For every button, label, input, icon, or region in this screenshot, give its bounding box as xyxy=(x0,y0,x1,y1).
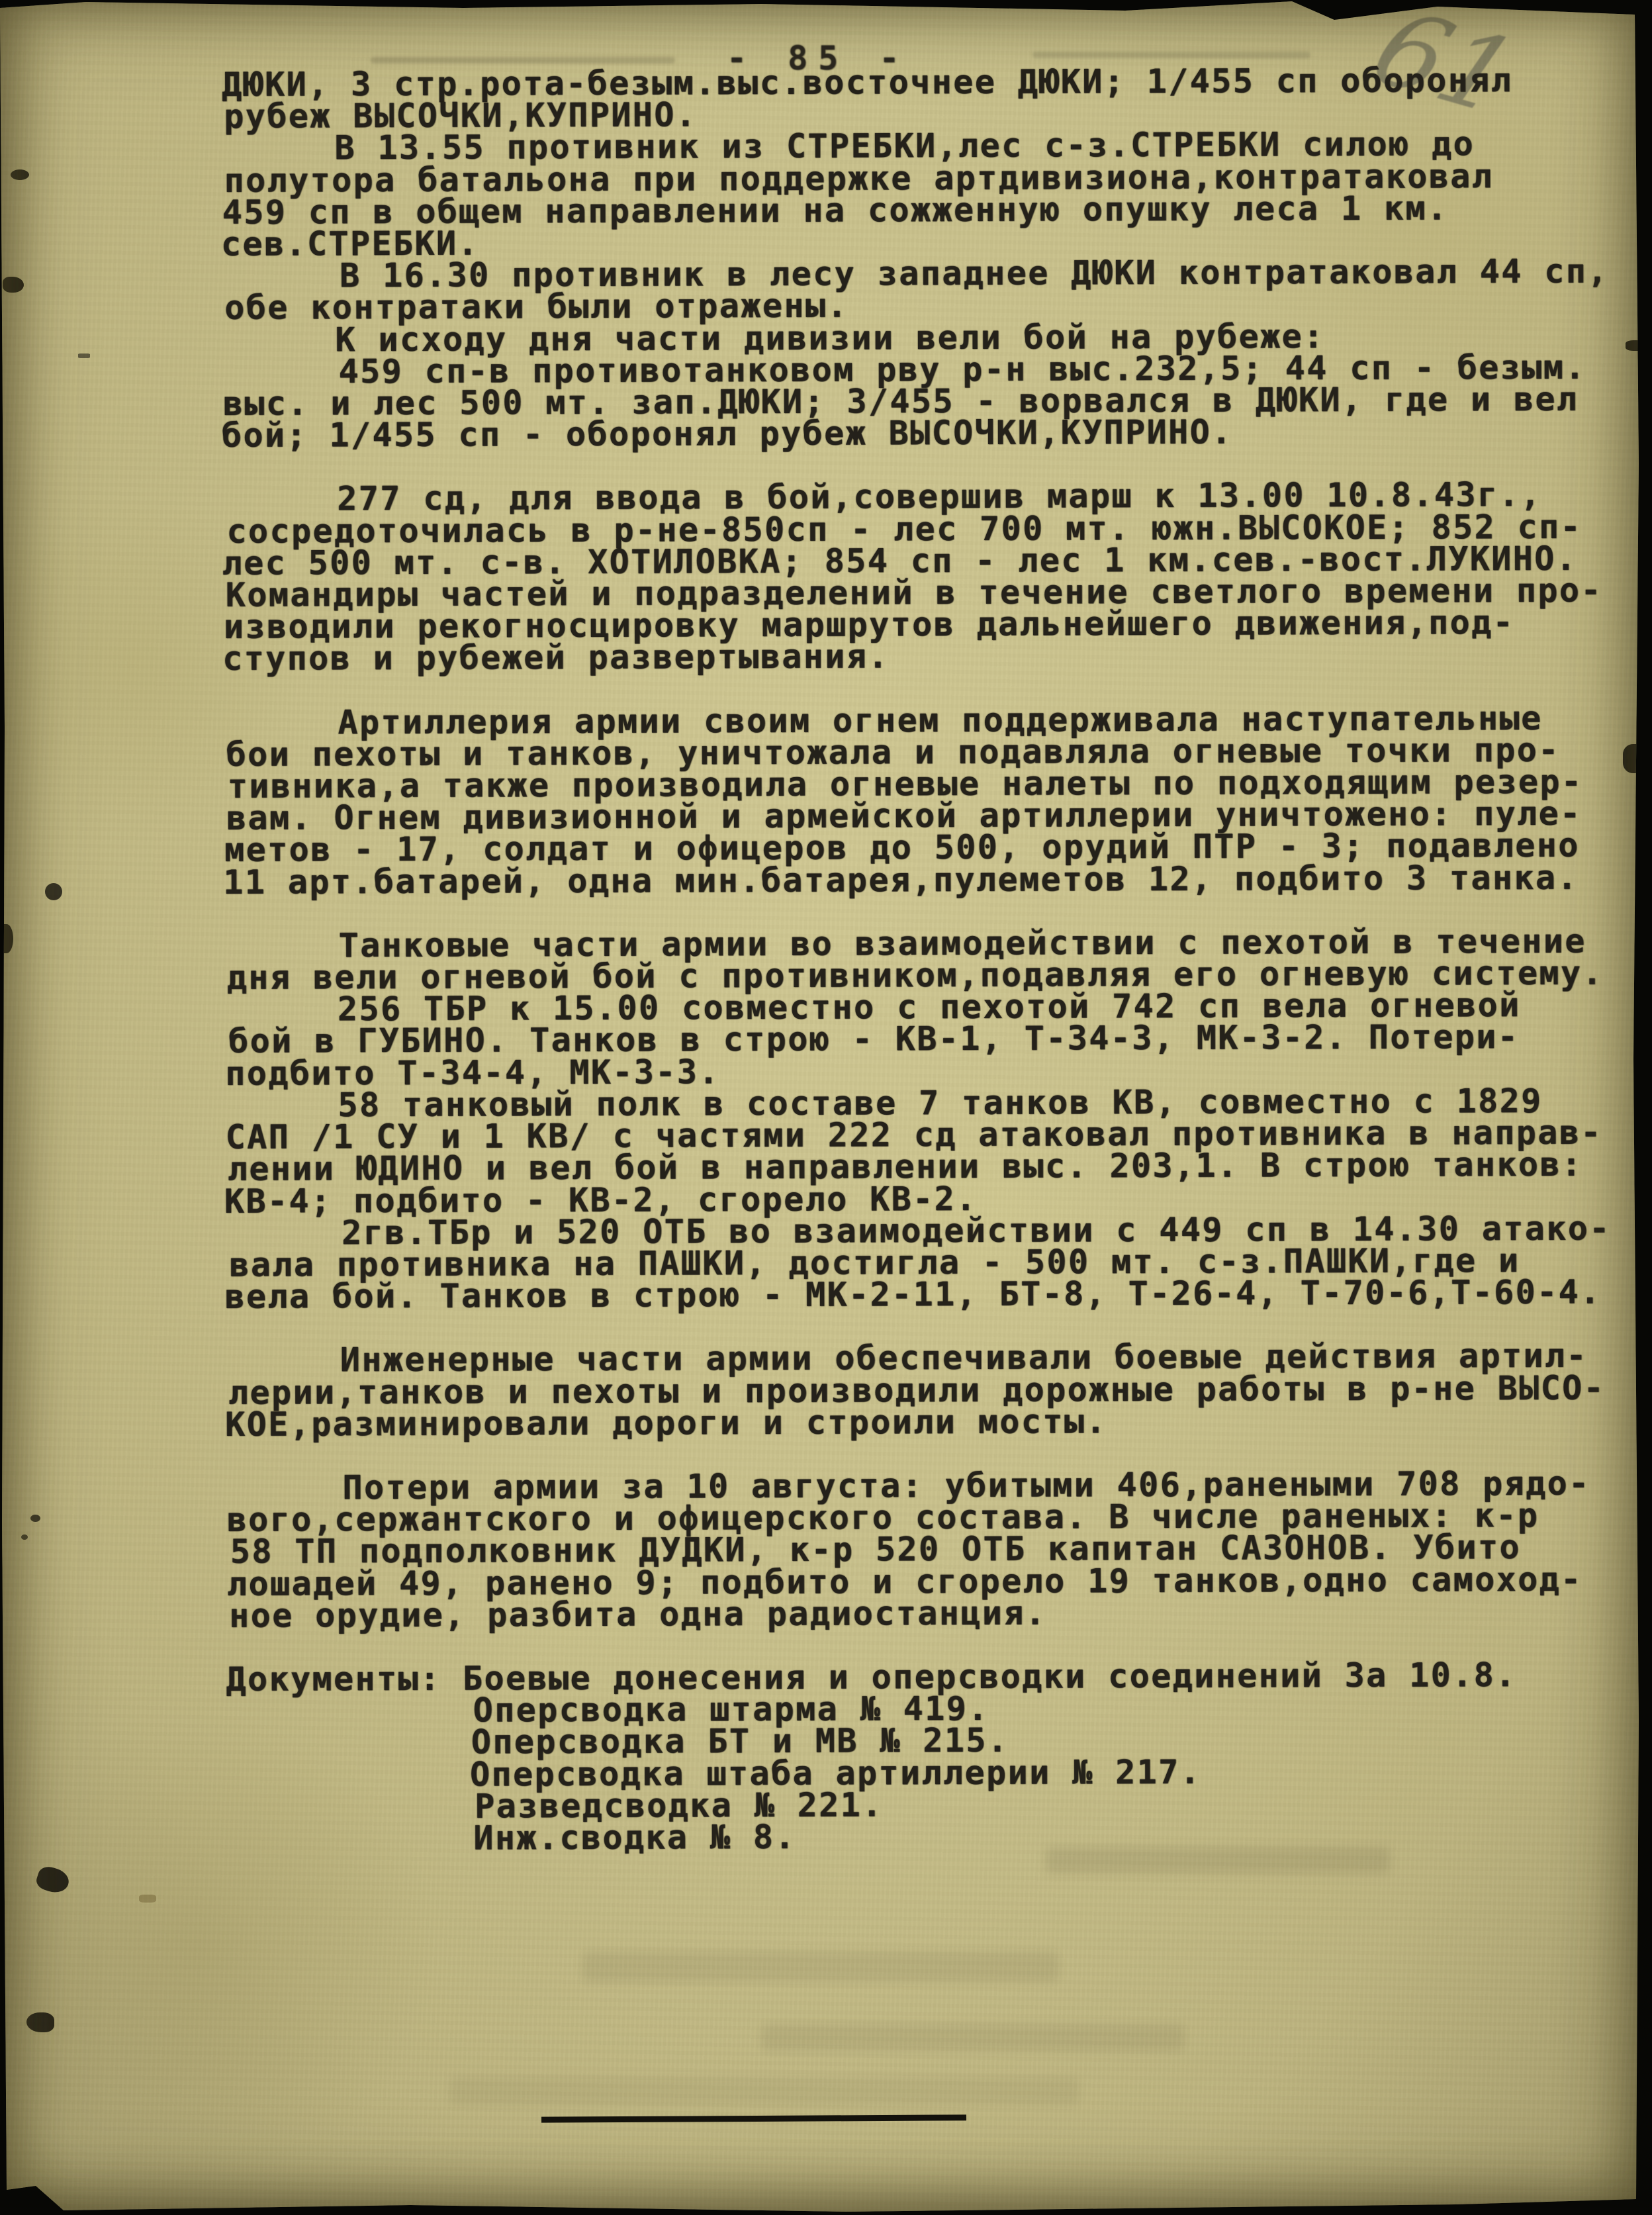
text-line: Командиры частей и подразделений в течен… xyxy=(226,575,1645,612)
faded-dotted-artifact xyxy=(1032,52,1310,58)
ink-blot xyxy=(45,883,62,900)
text-line: вам. Огнем дивизионной и армейской артил… xyxy=(226,798,1646,835)
paper-stain xyxy=(139,1895,156,1903)
text-line: 58 ТП подполковник ДУДКИ, к-р 520 ОТБ ка… xyxy=(230,1531,1650,1568)
text-line: полутора батальона при поддержке артдиви… xyxy=(224,160,1644,197)
text-line: бой в ГУБИНО. Танков в строю - КВ-1, Т-3… xyxy=(228,1021,1648,1058)
text-line: Потери армии за 10 августа: убитыми 406,… xyxy=(228,1467,1648,1504)
text-line: 11 арт.батарей, одна мин.батарея,пулемет… xyxy=(223,861,1643,898)
paper-tear-speck xyxy=(3,277,24,293)
text-line: Оперсводка штарма № 419. xyxy=(230,1691,1649,1728)
text-line: вела бой. Танков в строю - МК-2-11, БТ-8… xyxy=(224,1276,1644,1313)
text-line: ДЮКИ, 3 стр.рота-безым.выс.восточнее ДЮК… xyxy=(222,64,1641,101)
text-line: КОЕ,разминировали дороги и строили мосты… xyxy=(225,1403,1645,1440)
text-line: Оперсводка штаба артиллерии № 217. xyxy=(226,1754,1646,1791)
bleed-through-text xyxy=(582,1952,1059,1982)
scan-edge-mark xyxy=(1626,340,1652,351)
paper-tear-speck xyxy=(11,169,29,180)
bleed-through-text xyxy=(761,2024,1185,2051)
paper-tear-speck xyxy=(26,2012,54,2032)
text-line: 58 танковый полк в составе 7 танков КВ, … xyxy=(224,1084,1643,1121)
text-line: ступов и рубежей развертывания. xyxy=(222,638,1642,675)
paper-sheet: - 85 - 61 ДЮКИ, 3 стр.рота-безым.выс.вос… xyxy=(0,0,1652,2215)
margin-pencil-tick xyxy=(78,353,90,358)
scan-edge-mark xyxy=(1623,744,1652,773)
text-line: В 16.30 противник в лесу западнее ДЮКИ к… xyxy=(226,256,1645,293)
text-line: 459 сп-в противотанковом рву р-н выс.232… xyxy=(225,351,1645,388)
text-line: ное орудие, разбита одна радиостанция. xyxy=(229,1595,1649,1632)
paper-tear-speck xyxy=(30,1515,40,1522)
paper-tear-speck xyxy=(0,924,13,953)
scan-canvas: { "page": { "number": "- 85 -", "handwri… xyxy=(0,0,1652,2215)
bottom-divider-line xyxy=(541,2114,966,2122)
paper-tear-speck xyxy=(21,1534,28,1540)
bleed-through-text xyxy=(450,2077,1079,2105)
text-line: Инж.сводка № 8. xyxy=(230,1818,1649,1855)
text-line: Разведсводка № 221. xyxy=(231,1786,1651,1823)
paper-tear-speck xyxy=(34,1863,72,1896)
text-line: бой; 1/455 сп - оборонял рубеж ВЫСОЧКИ,К… xyxy=(222,415,1641,452)
document-text-block: ДЮКИ, 3 стр.рота-безым.выс.восточнее ДЮК… xyxy=(222,64,1647,1856)
faded-dotted-artifact xyxy=(371,57,675,64)
